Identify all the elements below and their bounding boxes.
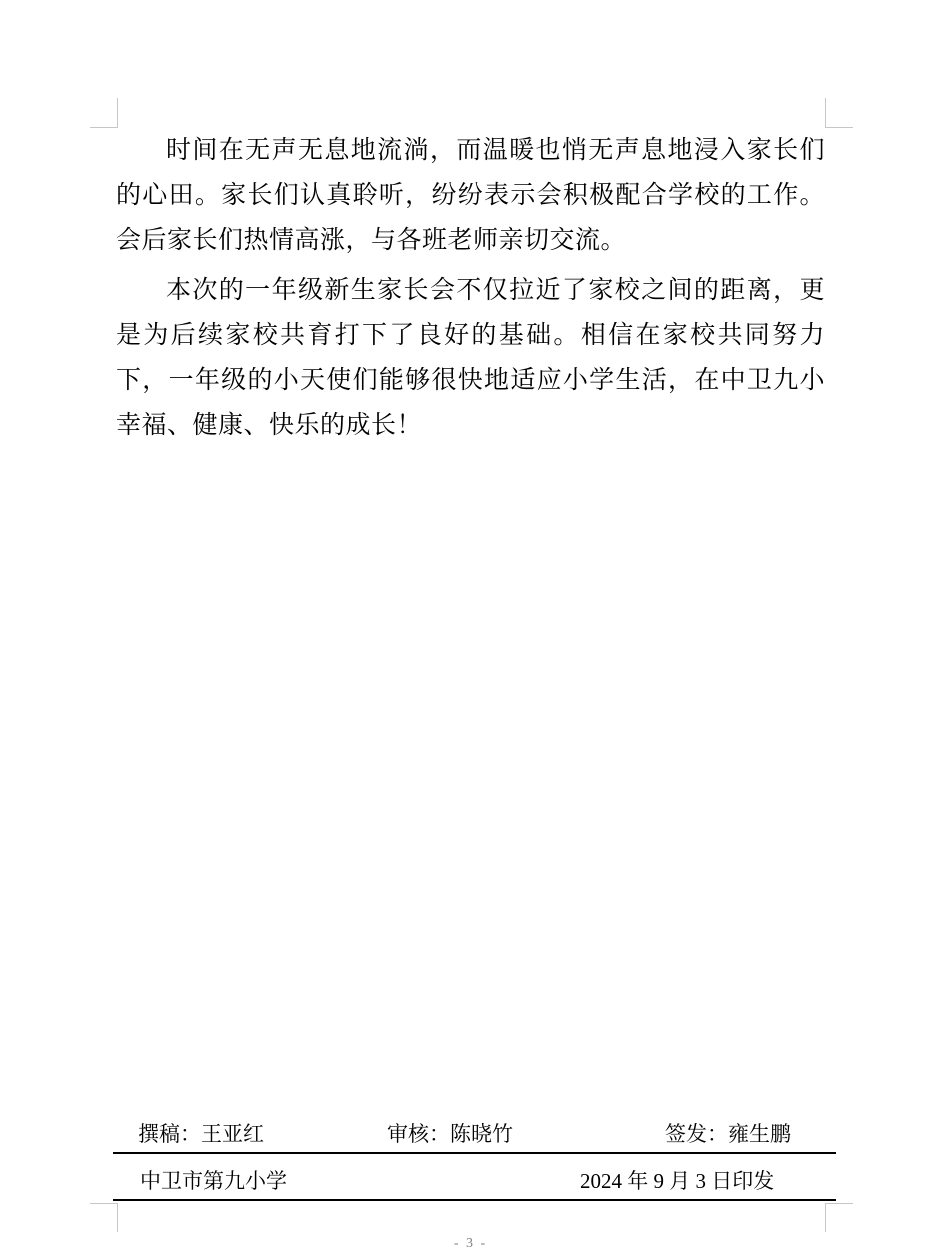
crop-mark-top-right (825, 98, 853, 128)
crop-mark-bottom-left (90, 1203, 118, 1232)
footer-issuer: 签发：雍生鹏 (665, 1123, 791, 1145)
page-number: - 3 - (0, 1236, 941, 1252)
footer-divider-top (113, 1152, 836, 1154)
body-paragraph-1: 时间在无声无息地流淌，而温暖也悄无声息地浸入家长们的心田。家长们认真聆听，纷纷表… (116, 128, 825, 263)
footer-drafter: 撰稿：王亚红 (138, 1123, 264, 1145)
footer-print-date: 2024 年 9 月 3 日印发 (580, 1170, 774, 1192)
body-paragraph-2: 本次的一年级新生家长会不仅拉近了家校之间的距离，更是为后续家校共育打下了良好的基… (116, 268, 825, 448)
footer-organization: 中卫市第九小学 (140, 1170, 287, 1192)
footer-divider-bottom (113, 1199, 836, 1201)
document-page: 时间在无声无息地流淌，而温暖也悄无声息地浸入家长们的心田。家长们认真聆听，纷纷表… (0, 0, 941, 1259)
crop-mark-top-left (90, 98, 118, 128)
footer-reviewer: 审核：陈晓竹 (387, 1123, 513, 1145)
crop-mark-bottom-right (825, 1203, 853, 1232)
body-text: 时间在无声无息地流淌，而温暖也悄无声息地浸入家长们的心田。家长们认真聆听，纷纷表… (116, 128, 825, 448)
